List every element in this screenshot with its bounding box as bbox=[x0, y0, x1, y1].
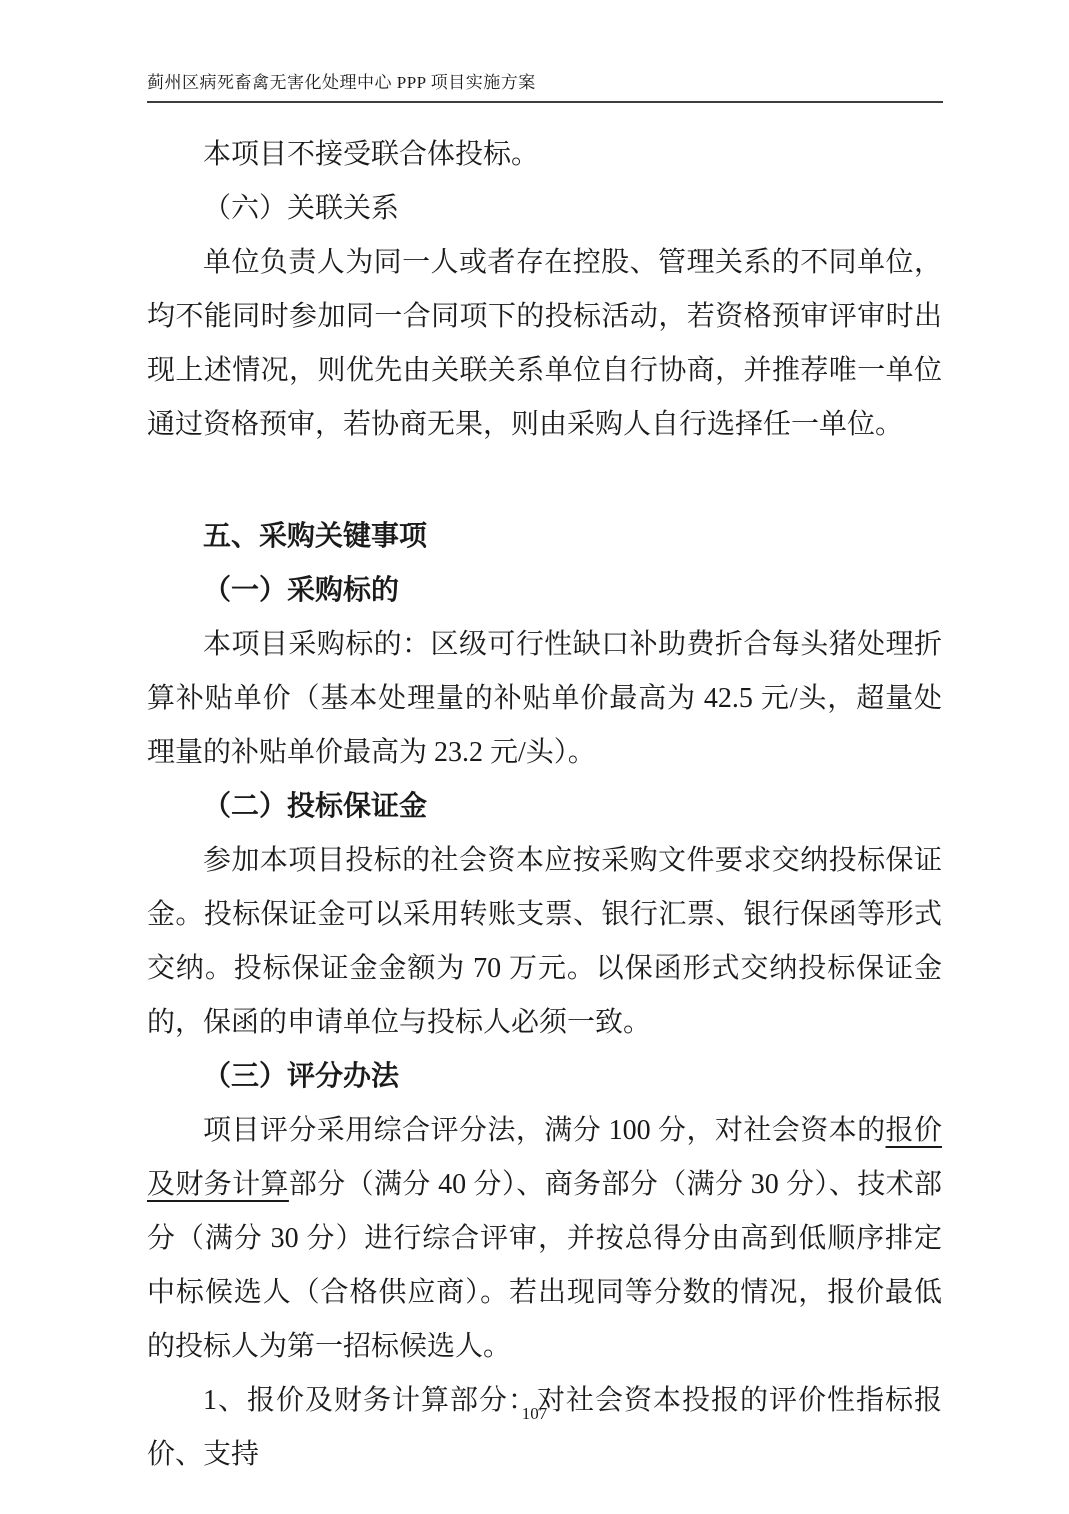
paragraph: 参加本项目投标的社会资本应按采购文件要求交纳投标保证金。投标保证金可以采用转账支… bbox=[147, 834, 942, 1050]
text-run: （六）关联关系 bbox=[203, 193, 399, 224]
text-run: 参加本项目投标的社会资本应按采购文件要求交纳投标保证金。投标保证金可以采用转账支… bbox=[147, 845, 942, 1038]
text-run: 本项目不接受联合体投标。 bbox=[203, 139, 539, 170]
text-run: 本项目采购标的：区级可行性缺口补助费折合每头猪处理折算补贴单价（基本处理量的补贴… bbox=[147, 629, 942, 768]
document-body: 本项目不接受联合体投标。（六）关联关系单位负责人为同一人或者存在控股、管理关系的… bbox=[147, 128, 942, 1482]
paragraph: （六）关联关系 bbox=[147, 182, 942, 236]
document-page: 蓟州区病死畜禽无害化处理中心 PPP 项目实施方案 本项目不接受联合体投标。（六… bbox=[0, 0, 1069, 1514]
text-run: （二）投标保证金 bbox=[203, 791, 427, 822]
paragraph: 项目评分采用综合评分法，满分 100 分，对社会资本的报价及财务计算部分（满分 … bbox=[147, 1104, 942, 1374]
text-run: 1、报价及财务计算部分：对社会资本投报的评价性指标报价、支持 bbox=[147, 1385, 942, 1470]
page-number: 107 bbox=[522, 1404, 548, 1423]
header-title: 蓟州区病死畜禽无害化处理中心 PPP 项目实施方案 bbox=[147, 72, 943, 94]
paragraph: 单位负责人为同一人或者存在控股、管理关系的不同单位，均不能同时参加同一合同项下的… bbox=[147, 236, 942, 452]
section-heading: （二）投标保证金 bbox=[147, 780, 942, 834]
text-run: 五、采购关键事项 bbox=[203, 521, 427, 552]
text-run: （一）采购标的 bbox=[203, 575, 399, 606]
page-header: 蓟州区病死畜禽无害化处理中心 PPP 项目实施方案 bbox=[147, 72, 943, 103]
paragraph: 1、报价及财务计算部分：对社会资本投报的评价性指标报价、支持 bbox=[147, 1374, 942, 1482]
paragraph: 本项目采购标的：区级可行性缺口补助费折合每头猪处理折算补贴单价（基本处理量的补贴… bbox=[147, 618, 942, 780]
text-run: （三）评分办法 bbox=[203, 1061, 399, 1092]
page-footer: 107 bbox=[0, 1404, 1069, 1424]
section-heading: 五、采购关键事项 bbox=[147, 510, 942, 564]
section-heading: （一）采购标的 bbox=[147, 564, 942, 618]
text-run: 项目评分采用综合评分法，满分 100 分，对社会资本的 bbox=[203, 1115, 886, 1146]
paragraph: 本项目不接受联合体投标。 bbox=[147, 128, 942, 182]
section-heading: （三）评分办法 bbox=[147, 1050, 942, 1104]
text-run: 单位负责人为同一人或者存在控股、管理关系的不同单位，均不能同时参加同一合同项下的… bbox=[147, 247, 942, 440]
